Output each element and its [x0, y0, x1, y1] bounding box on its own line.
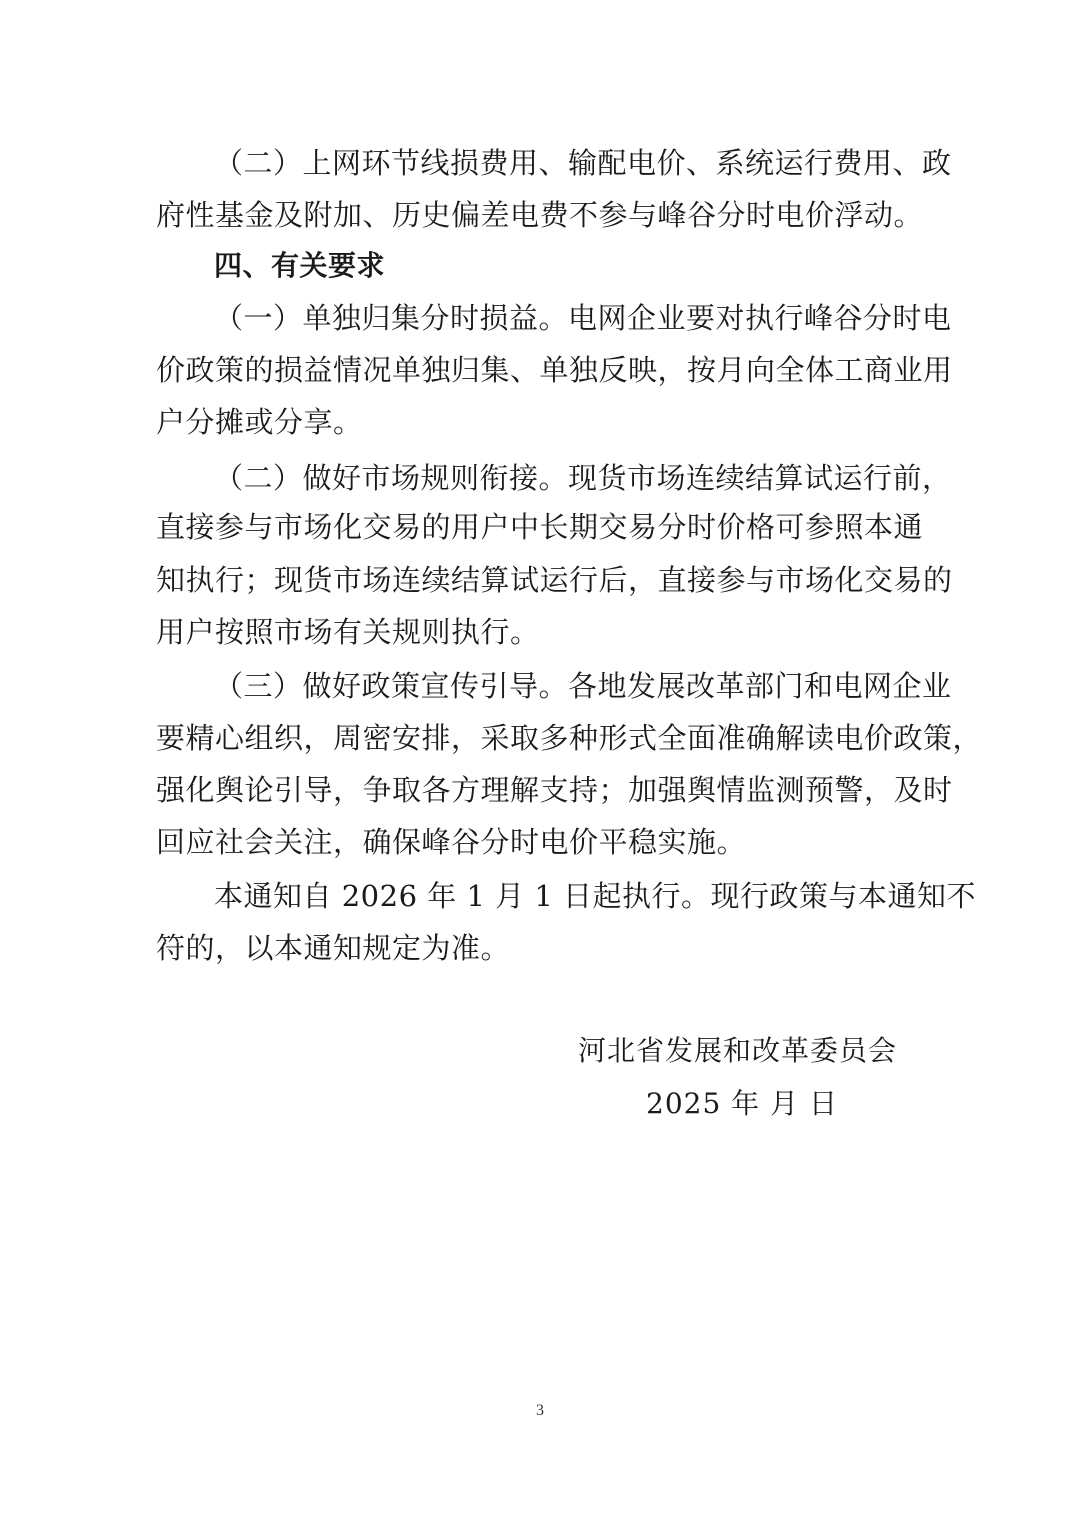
paragraph-line: 府性基金及附加、历史偏差电费不参与峰谷分时电价浮动。	[156, 195, 926, 235]
page-number: 3	[0, 1402, 1080, 1420]
paragraph-line: 知执行；现货市场连续结算试运行后，直接参与市场化交易的	[156, 560, 926, 600]
paragraph-line: 回应社会关注，确保峰谷分时电价平稳实施。	[156, 822, 926, 862]
section-heading: 四、有关要求	[214, 246, 926, 286]
paragraph-line: 本通知自 2026 年 1 月 1 日起执行。现行政策与本通知不	[214, 876, 926, 916]
paragraph-line: 价政策的损益情况单独归集、单独反映，按月向全体工商业用	[156, 350, 926, 390]
paragraph-line: 要精心组织，周密安排，采取多种形式全面准确解读电价政策，	[156, 718, 926, 758]
paragraph-line: （二）上网环节线损费用、输配电价、系统运行费用、政	[214, 143, 926, 183]
paragraph-line: 户分摊或分享。	[156, 402, 926, 442]
paragraph-line: 用户按照市场有关规则执行。	[156, 612, 926, 652]
issuer-name: 河北省发展和改革委员会	[578, 1031, 897, 1071]
paragraph-line: 直接参与市场化交易的用户中长期交易分时价格可参照本通	[156, 507, 926, 547]
paragraph-line: （二）做好市场规则衔接。现货市场连续结算试运行前，	[214, 458, 926, 498]
paragraph-line: （三）做好政策宣传引导。各地发展改革部门和电网企业	[214, 666, 926, 706]
issue-date: 2025 年 月 日	[646, 1084, 838, 1124]
paragraph-line: （一）单独归集分时损益。电网企业要对执行峰谷分时电	[214, 298, 926, 338]
paragraph-line: 强化舆论引导，争取各方理解支持；加强舆情监测预警，及时	[156, 770, 926, 810]
document-page: （二）上网环节线损费用、输配电价、系统运行费用、政 府性基金及附加、历史偏差电费…	[0, 0, 1080, 1527]
paragraph-line: 符的，以本通知规定为准。	[156, 928, 926, 968]
